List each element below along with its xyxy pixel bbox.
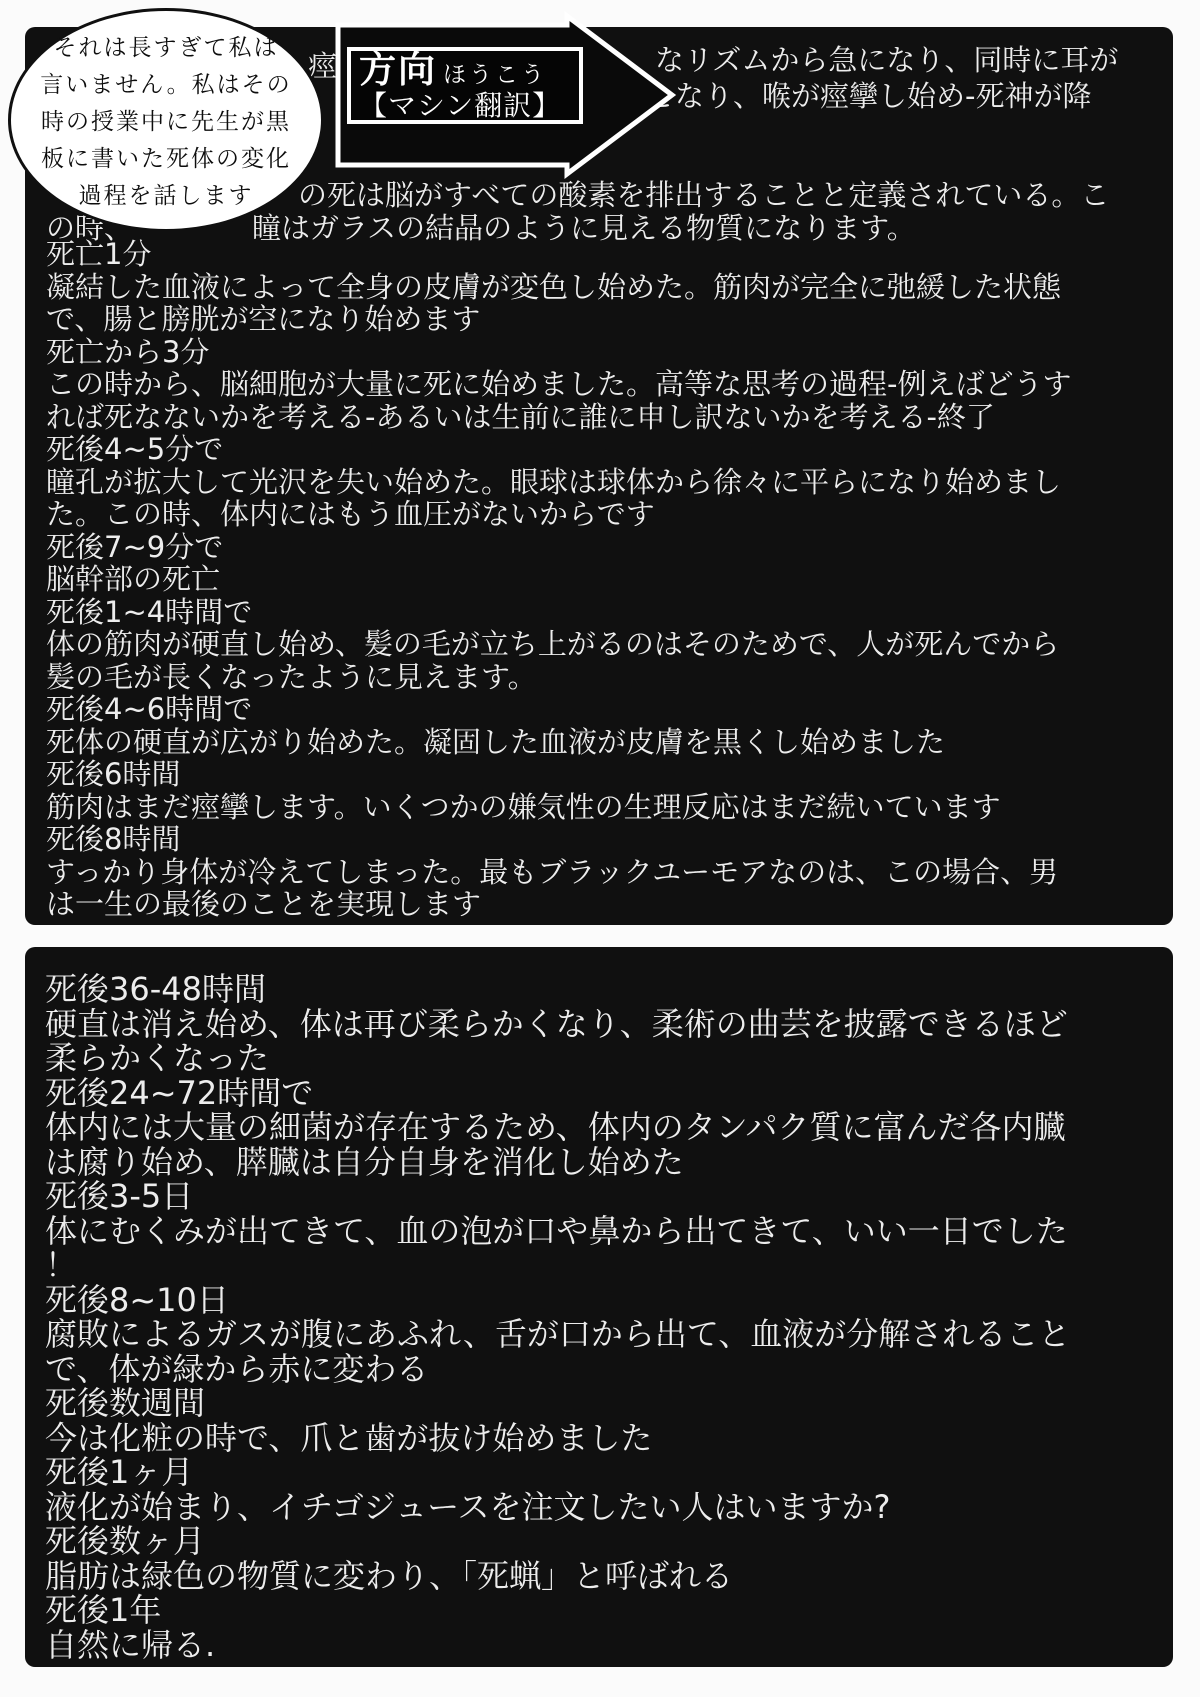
comic-page: 痙攣 ま なリズムから急になり、同時に耳が となり、喉が痙攣し始め-死神が降 の… (0, 0, 1200, 1697)
direction-furigana: ほうこう (443, 63, 547, 87)
direction-subtitle: 【マシン翻訳】 (359, 91, 579, 120)
panel1-top-line-1: なリズムから急になり、同時に耳が (655, 44, 1118, 77)
panel2-body-text: 死後36-48時間 硬直は消え始め、体は再び柔らかくなり、柔術の曲芸を披露できる… (45, 972, 1165, 1662)
panel1-top-line-2: となり、喉が痙攣し始め-死神が降 (646, 80, 1091, 113)
speech-bubble: それは長すぎて私は 言いません。私はその 時の授業中に先生が黒 板に書いた死体の… (8, 8, 324, 232)
panel1-body-text: 死亡1分 凝結した血液によって全身の皮膚が変色し始めた。筋肉が完全に弛緩した状態… (46, 238, 1161, 921)
direction-title: 方向 (359, 51, 437, 90)
machine-translation-label: 方向 ほうこう 【マシン翻訳】 (347, 47, 583, 124)
speech-bubble-text: それは長すぎて私は 言いません。私はその 時の授業中に先生が黒 板に書いた死体の… (40, 30, 291, 215)
direction-label-row: 方向 ほうこう (359, 51, 579, 90)
